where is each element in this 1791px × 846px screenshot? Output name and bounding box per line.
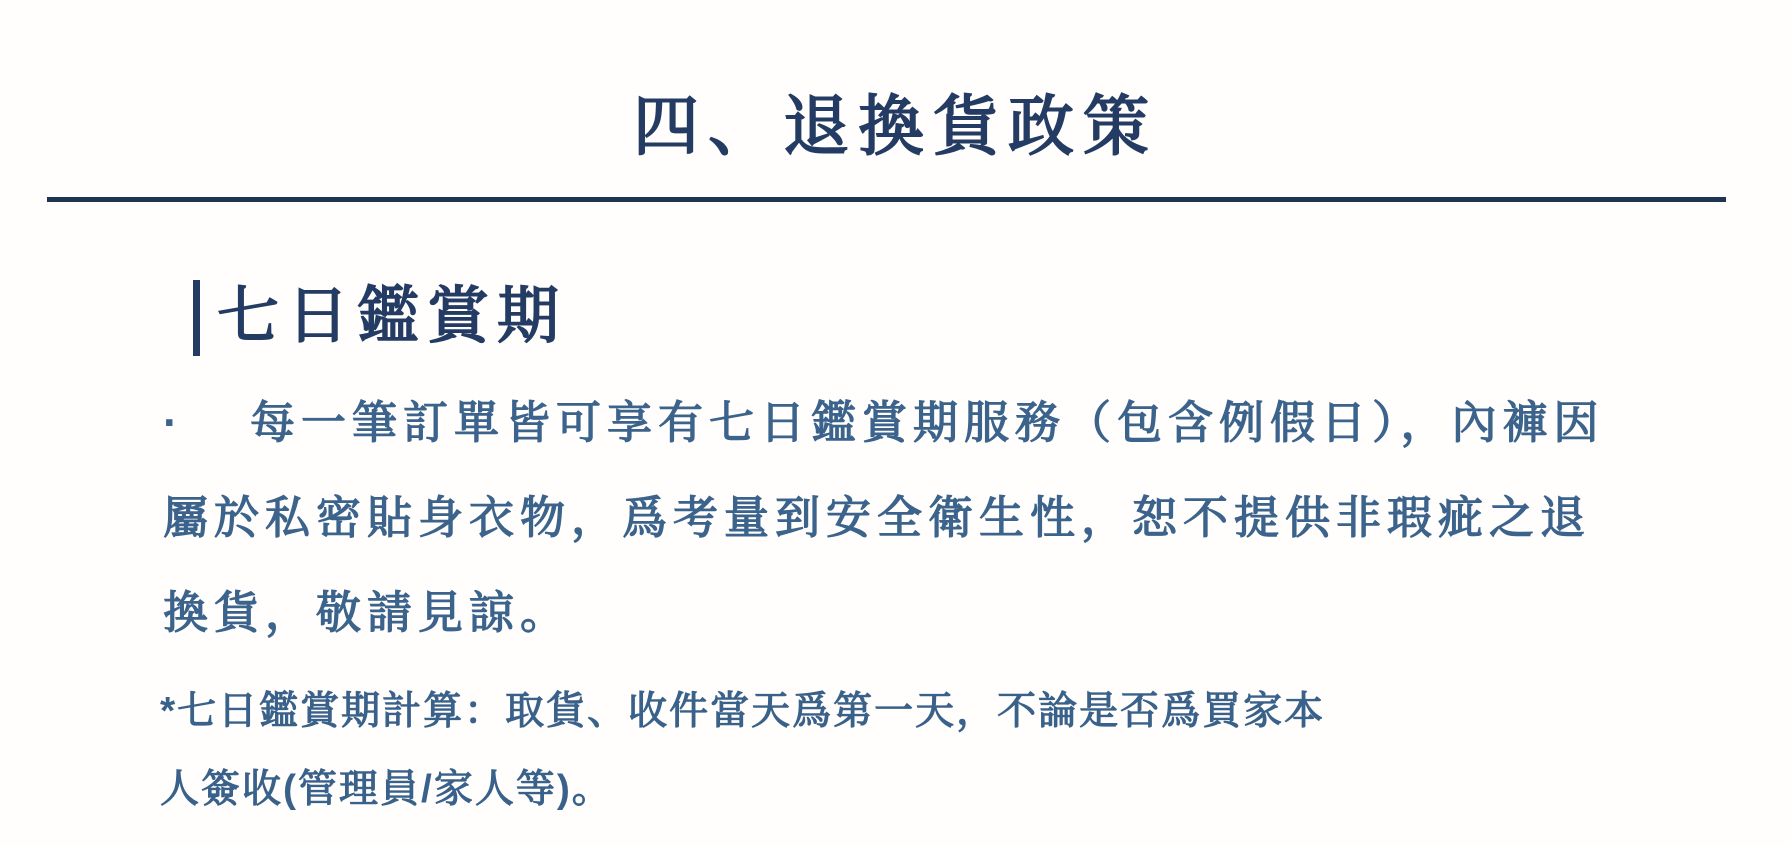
footnote-line-1: *七日鑑賞期計算：取貨、收件當天爲第一天，不論是否爲買家本 [160,673,1751,751]
policy-line-1-text: 每一筆訂單皆可享有七日鑑賞期服務（包含例假日），內褲因 [250,397,1605,448]
section-heading-text: 七日鑑賞期 [217,280,567,352]
page-title: 四、退換貨政策 [0,92,1791,160]
section-heading: 七日鑑賞期 [193,280,1791,356]
policy-line-2-text: 屬於私密貼身衣物，爲考量到安全衛生性，恕不提供非瑕疵之退 [163,492,1591,543]
return-policy-document: 四、退換貨政策 七日鑑賞期 ·每一筆訂單皆可享有七日鑑賞期服務（包含例假日），內… [0,0,1791,846]
policy-line-1: ·每一筆訂單皆可享有七日鑑賞期服務（包含例假日），內褲因 [163,375,1751,470]
policy-paragraph: ·每一筆訂單皆可享有七日鑑賞期服務（包含例假日），內褲因 屬於私密貼身衣物，爲考… [163,375,1751,660]
footnote-line-2: 人簽收(管理員/家人等)。 [160,751,1751,829]
title-divider-line [47,197,1726,202]
policy-line-3-text: 換貨，敬請見諒。 [163,587,571,638]
footnote: *七日鑑賞期計算：取貨、收件當天爲第一天，不論是否爲買家本 人簽收(管理員/家人… [160,673,1751,829]
heading-accent-bar [193,280,200,356]
policy-line-2: 屬於私密貼身衣物，爲考量到安全衛生性，恕不提供非瑕疵之退 [163,470,1751,565]
policy-line-3: 換貨，敬請見諒。 [163,565,1751,660]
bullet-marker: · [163,375,250,470]
